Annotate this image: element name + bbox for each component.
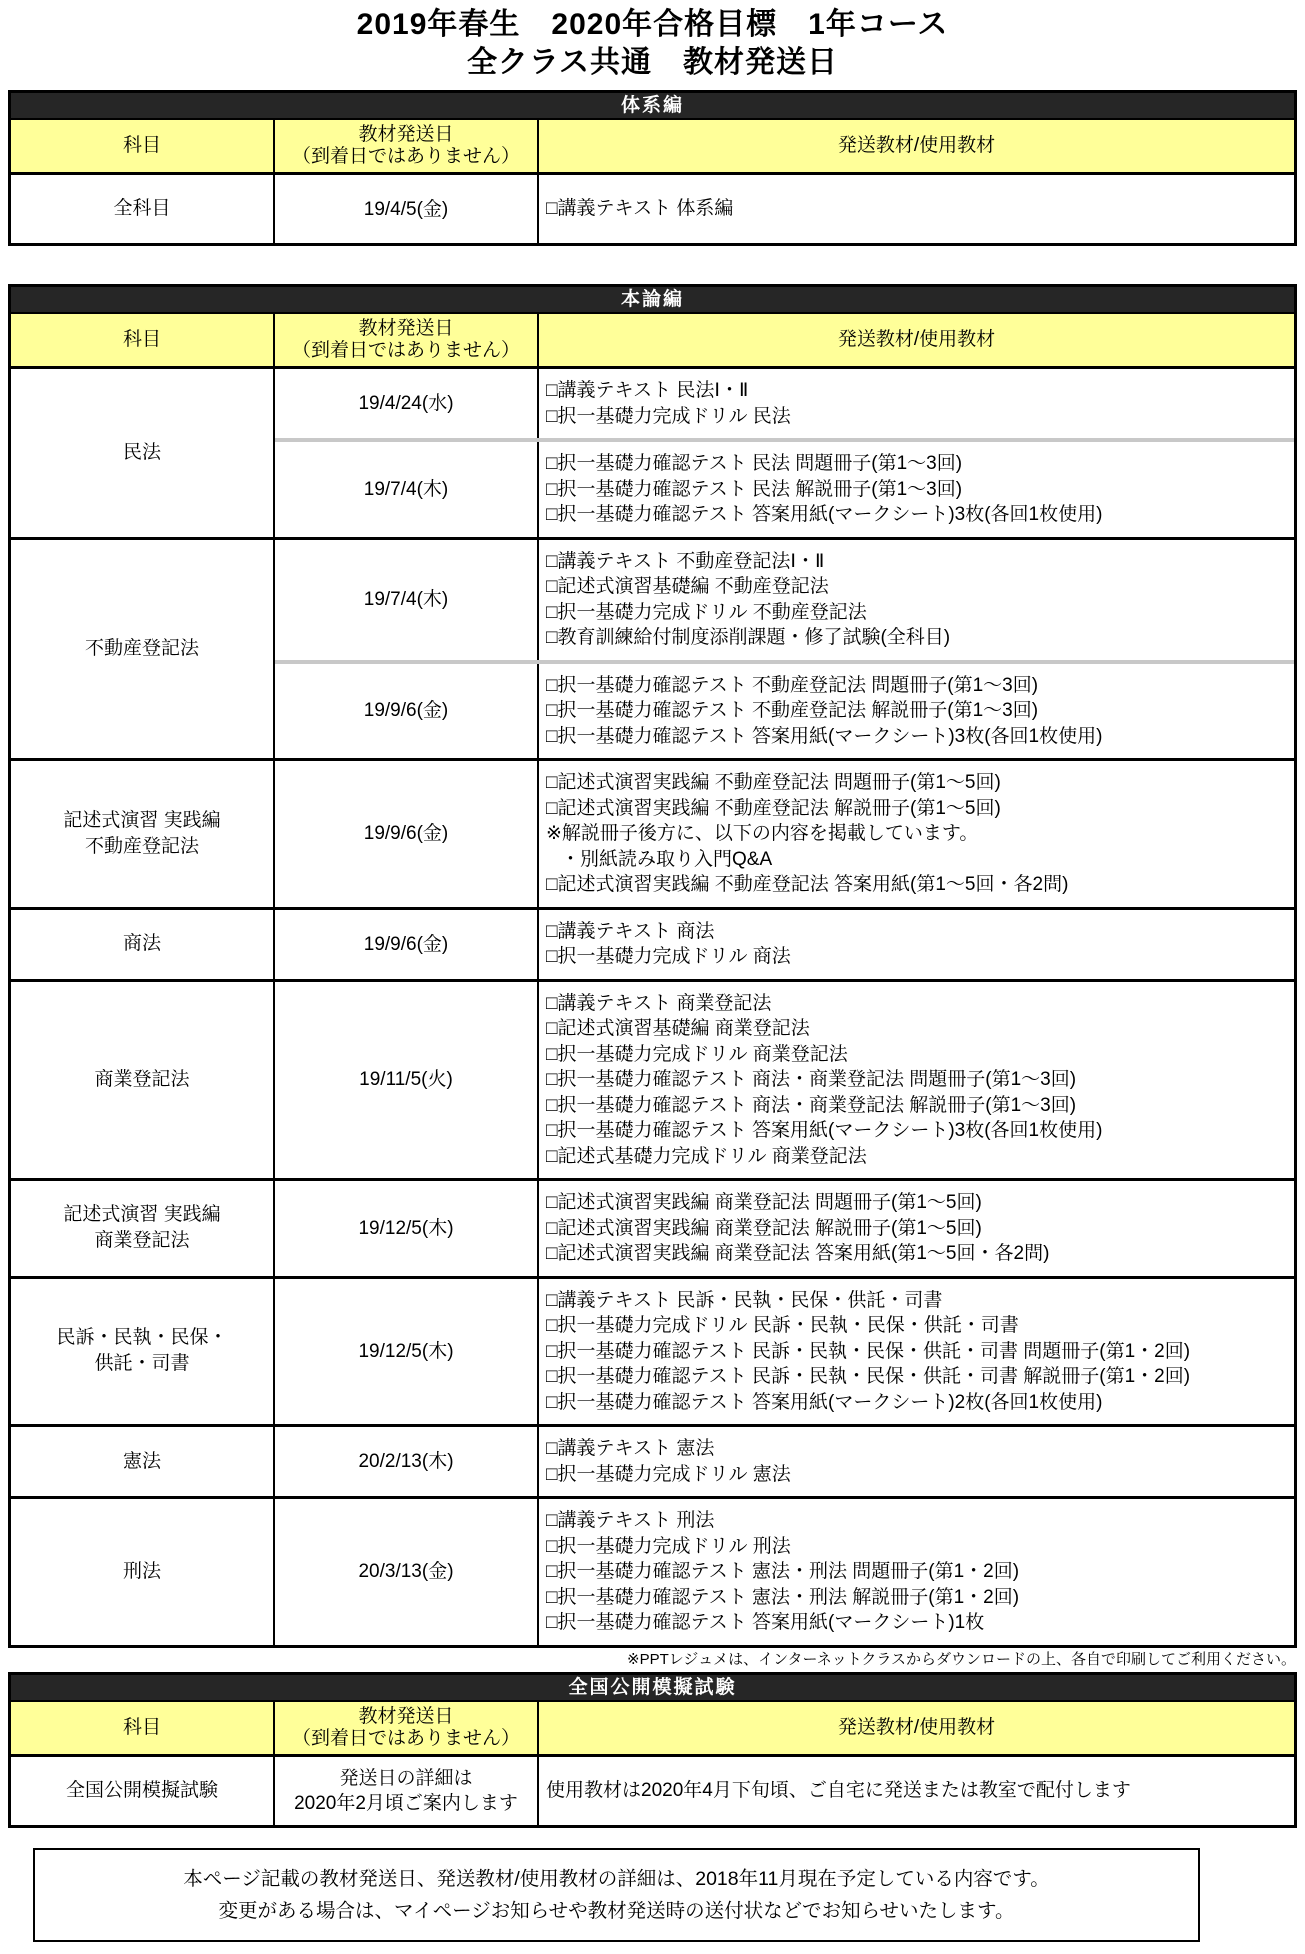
table-honron: 本論編科目教材発送日（到着日ではありません）発送教材/使用教材民法19/4/24… — [8, 284, 1297, 1648]
material-line: □記述式演習基礎編 商業登記法 — [546, 1016, 1288, 1042]
ship-date-line: 19/9/6(金) — [364, 821, 448, 846]
material-line: □択一基礎力確認テスト 憲法・刑法 問題冊子(第1・2回) — [546, 1559, 1288, 1585]
section-header-bar: 本論編 — [11, 287, 1294, 312]
subject-cell: 全科目 — [11, 175, 275, 243]
subject-cell: 全国公開模擬試験 — [11, 1757, 275, 1825]
table-row: 商業登記法19/11/5(火)□講義テキスト 商業登記法□記述式演習基礎編 商業… — [11, 979, 1294, 1179]
table-row: 憲法20/2/13(木)□講義テキスト 憲法□択一基礎力完成ドリル 憲法 — [11, 1424, 1294, 1496]
column-header-ship-date-line1: 教材発送日 — [358, 318, 453, 340]
material-line: □記述式演習実践編 商業登記法 問題冊子(第1～5回) — [546, 1190, 1288, 1216]
material-line: 使用教材は2020年4月下旬頃、ご自宅に発送または教室で配付します — [546, 1778, 1288, 1804]
material-line: □講義テキスト 民訴・民執・民保・供託・司書 — [546, 1288, 1288, 1314]
material-line: □択一基礎力完成ドリル 民法 — [546, 404, 1288, 430]
footer-notice-line1: 本ページ記載の教材発送日、発送教材/使用教材の詳細は、2018年11月現在予定し… — [43, 1863, 1190, 1895]
material-line: □択一基礎力確認テスト 民法 解説冊子(第1～3回) — [546, 477, 1288, 503]
material-line: □記述式演習実践編 不動産登記法 問題冊子(第1～5回) — [546, 770, 1288, 796]
materials-cell: □記述式演習実践編 不動産登記法 問題冊子(第1～5回)□記述式演習実践編 不動… — [539, 761, 1294, 907]
shipment-groups: 発送日の詳細は2020年2月頃ご案内します使用教材は2020年4月下旬頃、ご自宅… — [275, 1757, 1294, 1825]
material-line: □講義テキスト 体系編 — [546, 196, 1288, 222]
material-line: □択一基礎力確認テスト 答案用紙(マークシート)3枚(各回1枚使用) — [546, 724, 1288, 750]
materials-cell: □講義テキスト 体系編 — [539, 175, 1294, 243]
table-row: 全科目19/4/5(金)□講義テキスト 体系編 — [11, 172, 1294, 243]
shipment-group: 20/2/13(木)□講義テキスト 憲法□択一基礎力完成ドリル 憲法 — [275, 1427, 1294, 1496]
material-line: □講義テキスト 商法 — [546, 919, 1288, 945]
ship-date-line: 19/4/5(金) — [364, 197, 448, 222]
ship-date-cell: 19/12/5(木) — [275, 1279, 539, 1425]
material-line: □択一基礎力確認テスト 不動産登記法 解説冊子(第1～3回) — [546, 698, 1288, 724]
materials-cell: 使用教材は2020年4月下旬頃、ご自宅に発送または教室で配付します — [539, 1757, 1294, 1825]
ship-date-line: 19/9/6(金) — [364, 932, 448, 957]
ship-date-cell: 20/3/13(金) — [275, 1499, 539, 1645]
footer-notice-box: 本ページ記載の教材発送日、発送教材/使用教材の詳細は、2018年11月現在予定し… — [33, 1848, 1200, 1942]
page: 2019年春生 2020年合格目標 1年コース 全クラス共通 教材発送日 体系編… — [0, 0, 1305, 1954]
ppt-note: ※PPTレジュメは、インターネットクラスからダウンロードの上、各自で印刷してご利… — [8, 1650, 1296, 1669]
material-line: □記述式基礎力完成ドリル 商業登記法 — [546, 1144, 1288, 1170]
materials-cell: □択一基礎力確認テスト 不動産登記法 問題冊子(第1～3回)□択一基礎力確認テス… — [539, 664, 1294, 759]
shipment-group: 19/7/4(木)□講義テキスト 不動産登記法Ⅰ・Ⅱ□記述式演習基礎編 不動産登… — [275, 540, 1294, 660]
shipment-groups: 19/9/6(金)□講義テキスト 商法□択一基礎力完成ドリル 商法 — [275, 910, 1294, 979]
subject-cell: 民法 — [11, 369, 275, 537]
column-header-subject: 科目 — [11, 1702, 275, 1754]
column-header-materials: 発送教材/使用教材 — [539, 1702, 1294, 1754]
table-row: 全国公開模擬試験発送日の詳細は2020年2月頃ご案内します使用教材は2020年4… — [11, 1754, 1294, 1825]
subject-cell: 商業登記法 — [11, 982, 275, 1179]
shipment-groups: 20/2/13(木)□講義テキスト 憲法□択一基礎力完成ドリル 憲法 — [275, 1427, 1294, 1496]
shipment-groups: 19/12/5(木)□講義テキスト 民訴・民執・民保・供託・司書□択一基礎力完成… — [275, 1279, 1294, 1425]
ship-date-line: 発送日の詳細は — [339, 1766, 472, 1791]
ship-date-cell: 発送日の詳細は2020年2月頃ご案内します — [275, 1757, 539, 1825]
material-line: □択一基礎力完成ドリル 商業登記法 — [546, 1042, 1288, 1068]
material-line: □択一基礎力完成ドリル 商法 — [546, 944, 1288, 970]
material-line: □記述式演習実践編 不動産登記法 答案用紙(第1～5回・各2問) — [546, 872, 1288, 898]
section-header-bar: 体系編 — [11, 93, 1294, 118]
material-line: □択一基礎力確認テスト 答案用紙(マークシート)3枚(各回1枚使用) — [546, 502, 1288, 528]
ship-date-cell: 20/2/13(木) — [275, 1427, 539, 1496]
ship-date-cell: 19/9/6(金) — [275, 910, 539, 979]
shipment-group: 19/7/4(木)□択一基礎力確認テスト 民法 問題冊子(第1～3回)□択一基礎… — [275, 438, 1294, 537]
material-line: ※解説冊子後方に、以下の内容を掲載しています。 — [546, 821, 1288, 847]
materials-cell: □講義テキスト 刑法□択一基礎力完成ドリル 刑法□択一基礎力確認テスト 憲法・刑… — [539, 1499, 1294, 1645]
shipment-groups: 19/7/4(木)□講義テキスト 不動産登記法Ⅰ・Ⅱ□記述式演習基礎編 不動産登… — [275, 540, 1294, 759]
material-line: ・別紙読み取り入門Q&A — [546, 847, 1288, 873]
materials-cell: □講義テキスト 不動産登記法Ⅰ・Ⅱ□記述式演習基礎編 不動産登記法□択一基礎力完… — [539, 540, 1294, 660]
column-header-row: 科目教材発送日（到着日ではありません）発送教材/使用教材 — [11, 312, 1294, 366]
table-row: 不動産登記法19/7/4(木)□講義テキスト 不動産登記法Ⅰ・Ⅱ□記述式演習基礎… — [11, 537, 1294, 759]
materials-cell: □記述式演習実践編 商業登記法 問題冊子(第1～5回)□記述式演習実践編 商業登… — [539, 1181, 1294, 1276]
material-line: □講義テキスト 不動産登記法Ⅰ・Ⅱ — [546, 549, 1288, 575]
column-header-ship-date-line2: （到着日ではありません） — [292, 146, 520, 168]
column-header-ship-date: 教材発送日（到着日ではありません） — [275, 314, 539, 366]
ship-date-cell: 19/12/5(木) — [275, 1181, 539, 1276]
material-line: □択一基礎力確認テスト 商法・商業登記法 解説冊子(第1～3回) — [546, 1093, 1288, 1119]
column-header-ship-date-line2: （到着日ではありません） — [292, 340, 520, 362]
shipment-groups: 20/3/13(金)□講義テキスト 刑法□択一基礎力完成ドリル 刑法□択一基礎力… — [275, 1499, 1294, 1645]
shipment-groups: 19/4/24(水)□講義テキスト 民法Ⅰ・Ⅱ□択一基礎力完成ドリル 民法19/… — [275, 369, 1294, 537]
material-line: □択一基礎力確認テスト 答案用紙(マークシート)3枚(各回1枚使用) — [546, 1118, 1288, 1144]
shipment-group: 発送日の詳細は2020年2月頃ご案内します使用教材は2020年4月下旬頃、ご自宅… — [275, 1757, 1294, 1825]
material-line: □択一基礎力確認テスト 民訴・民執・民保・供託・司書 問題冊子(第1・2回) — [546, 1339, 1288, 1365]
material-line: □択一基礎力確認テスト 憲法・刑法 解説冊子(第1・2回) — [546, 1585, 1288, 1611]
material-line: □記述式演習実践編 商業登記法 解説冊子(第1～5回) — [546, 1216, 1288, 1242]
material-line: □択一基礎力完成ドリル 不動産登記法 — [546, 600, 1288, 626]
ship-date-cell: 19/7/4(木) — [275, 442, 539, 537]
section-header-bar: 全国公開模擬試験 — [11, 1675, 1294, 1700]
shipment-groups: 19/9/6(金)□記述式演習実践編 不動産登記法 問題冊子(第1～5回)□記述… — [275, 761, 1294, 907]
column-header-subject: 科目 — [11, 120, 275, 172]
material-line: □教育訓練給付制度添削課題・修了試験(全科目) — [546, 625, 1288, 651]
column-header-ship-date: 教材発送日（到着日ではありません） — [275, 120, 539, 172]
shipment-group: 19/12/5(木)□講義テキスト 民訴・民執・民保・供託・司書□択一基礎力完成… — [275, 1279, 1294, 1425]
shipment-group: 19/9/6(金)□講義テキスト 商法□択一基礎力完成ドリル 商法 — [275, 910, 1294, 979]
page-title: 2019年春生 2020年合格目標 1年コース 全クラス共通 教材発送日 — [8, 6, 1297, 82]
material-line: □択一基礎力確認テスト 商法・商業登記法 問題冊子(第1～3回) — [546, 1067, 1288, 1093]
material-line: □択一基礎力確認テスト 答案用紙(マークシート)2枚(各回1枚使用) — [546, 1390, 1288, 1416]
shipment-group: 20/3/13(金)□講義テキスト 刑法□択一基礎力完成ドリル 刑法□択一基礎力… — [275, 1499, 1294, 1645]
ship-date-line: 19/12/5(木) — [358, 1339, 453, 1364]
ship-date-line: 19/7/4(木) — [364, 477, 448, 502]
material-line: □講義テキスト 民法Ⅰ・Ⅱ — [546, 378, 1288, 404]
materials-cell: □講義テキスト 民訴・民執・民保・供託・司書□択一基礎力完成ドリル 民訴・民執・… — [539, 1279, 1294, 1425]
ship-date-line: 20/3/13(金) — [358, 1559, 453, 1584]
material-line: □択一基礎力完成ドリル 民訴・民執・民保・供託・司書 — [546, 1313, 1288, 1339]
table-gap — [8, 246, 1297, 284]
ship-date-cell: 19/9/6(金) — [275, 761, 539, 907]
materials-cell: □講義テキスト 民法Ⅰ・Ⅱ□択一基礎力完成ドリル 民法 — [539, 369, 1294, 438]
column-header-row: 科目教材発送日（到着日ではありません）発送教材/使用教材 — [11, 118, 1294, 172]
material-line: □記述式演習実践編 不動産登記法 解説冊子(第1～5回) — [546, 796, 1288, 822]
shipment-groups: 19/12/5(木)□記述式演習実践編 商業登記法 問題冊子(第1～5回)□記述… — [275, 1181, 1294, 1276]
material-line: □講義テキスト 憲法 — [546, 1436, 1288, 1462]
subject-cell: 不動産登記法 — [11, 540, 275, 759]
material-line: □講義テキスト 商業登記法 — [546, 991, 1288, 1017]
subject-cell: 憲法 — [11, 1427, 275, 1496]
shipment-group: 19/12/5(木)□記述式演習実践編 商業登記法 問題冊子(第1～5回)□記述… — [275, 1181, 1294, 1276]
ship-date-line: 19/4/24(水) — [358, 391, 453, 416]
table-mogi-shiken: 全国公開模擬試験科目教材発送日（到着日ではありません）発送教材/使用教材全国公開… — [8, 1672, 1297, 1828]
shipment-groups: 19/11/5(火)□講義テキスト 商業登記法□記述式演習基礎編 商業登記法□択… — [275, 982, 1294, 1179]
footer-notice-line2: 変更がある場合は、マイページお知らせや教材発送時の送付状などでお知らせいたします… — [43, 1895, 1190, 1927]
ship-date-line: 19/11/5(火) — [359, 1067, 453, 1092]
page-title-line1: 2019年春生 2020年合格目標 1年コース — [8, 6, 1297, 44]
subject-cell: 民訴・民執・民保・ 供託・司書 — [11, 1279, 275, 1425]
material-line: □講義テキスト 刑法 — [546, 1508, 1288, 1534]
shipment-group: 19/4/5(金)□講義テキスト 体系編 — [275, 175, 1294, 243]
materials-cell: □講義テキスト 商法□択一基礎力完成ドリル 商法 — [539, 910, 1294, 979]
column-header-materials: 発送教材/使用教材 — [539, 120, 1294, 172]
column-header-ship-date: 教材発送日（到着日ではありません） — [275, 1702, 539, 1754]
ship-date-cell: 19/9/6(金) — [275, 664, 539, 759]
shipment-group: 19/9/6(金)□記述式演習実践編 不動産登記法 問題冊子(第1～5回)□記述… — [275, 761, 1294, 907]
table-taikei: 体系編科目教材発送日（到着日ではありません）発送教材/使用教材全科目19/4/5… — [8, 90, 1297, 246]
ship-date-cell: 19/4/24(水) — [275, 369, 539, 438]
table-row: 記述式演習 実践編 不動産登記法19/9/6(金)□記述式演習実践編 不動産登記… — [11, 758, 1294, 907]
column-header-ship-date-line1: 教材発送日 — [358, 1706, 453, 1728]
materials-cell: □択一基礎力確認テスト 民法 問題冊子(第1～3回)□択一基礎力確認テスト 民法… — [539, 442, 1294, 537]
shipment-group: 19/4/24(水)□講義テキスト 民法Ⅰ・Ⅱ□択一基礎力完成ドリル 民法 — [275, 369, 1294, 438]
material-line: □択一基礎力確認テスト 答案用紙(マークシート)1枚 — [546, 1610, 1288, 1636]
ship-date-line: 19/7/4(木) — [364, 587, 448, 612]
table-row: 民訴・民執・民保・ 供託・司書19/12/5(木)□講義テキスト 民訴・民執・民… — [11, 1276, 1294, 1425]
material-line: □択一基礎力確認テスト 不動産登記法 問題冊子(第1～3回) — [546, 673, 1288, 699]
subject-cell: 記述式演習 実践編 不動産登記法 — [11, 761, 275, 907]
subject-cell: 刑法 — [11, 1499, 275, 1645]
material-line: □記述式演習実践編 商業登記法 答案用紙(第1～5回・各2問) — [546, 1241, 1288, 1267]
column-header-subject: 科目 — [11, 314, 275, 366]
column-header-materials: 発送教材/使用教材 — [539, 314, 1294, 366]
ship-date-line: 20/2/13(木) — [358, 1449, 453, 1474]
materials-cell: □講義テキスト 憲法□択一基礎力完成ドリル 憲法 — [539, 1427, 1294, 1496]
column-header-ship-date-line1: 教材発送日 — [358, 124, 453, 146]
shipment-group: 19/11/5(火)□講義テキスト 商業登記法□記述式演習基礎編 商業登記法□択… — [275, 982, 1294, 1179]
page-title-line2: 全クラス共通 教材発送日 — [8, 44, 1297, 82]
ship-date-line: 19/12/5(木) — [358, 1216, 453, 1241]
ship-date-line: 2020年2月頃ご案内します — [294, 1791, 518, 1816]
material-line: □択一基礎力確認テスト 民法 問題冊子(第1～3回) — [546, 451, 1288, 477]
material-line: □択一基礎力完成ドリル 刑法 — [546, 1534, 1288, 1560]
subject-cell: 記述式演習 実践編 商業登記法 — [11, 1181, 275, 1276]
table-row: 民法19/4/24(水)□講義テキスト 民法Ⅰ・Ⅱ□択一基礎力完成ドリル 民法1… — [11, 366, 1294, 537]
material-line: □択一基礎力完成ドリル 憲法 — [546, 1462, 1288, 1488]
subject-cell: 商法 — [11, 910, 275, 979]
shipment-groups: 19/4/5(金)□講義テキスト 体系編 — [275, 175, 1294, 243]
table-row: 刑法20/3/13(金)□講義テキスト 刑法□択一基礎力完成ドリル 刑法□択一基… — [11, 1496, 1294, 1645]
table-row: 記述式演習 実践編 商業登記法19/12/5(木)□記述式演習実践編 商業登記法… — [11, 1178, 1294, 1276]
ship-date-cell: 19/4/5(金) — [275, 175, 539, 243]
material-line: □択一基礎力確認テスト 民訴・民執・民保・供託・司書 解説冊子(第1・2回) — [546, 1364, 1288, 1390]
column-header-row: 科目教材発送日（到着日ではありません）発送教材/使用教材 — [11, 1700, 1294, 1754]
table-row: 商法19/9/6(金)□講義テキスト 商法□択一基礎力完成ドリル 商法 — [11, 907, 1294, 979]
column-header-ship-date-line2: （到着日ではありません） — [292, 1728, 520, 1750]
ship-date-cell: 19/7/4(木) — [275, 540, 539, 660]
ship-date-cell: 19/11/5(火) — [275, 982, 539, 1179]
shipment-group: 19/9/6(金)□択一基礎力確認テスト 不動産登記法 問題冊子(第1～3回)□… — [275, 660, 1294, 759]
material-line: □記述式演習基礎編 不動産登記法 — [546, 574, 1288, 600]
ship-date-line: 19/9/6(金) — [364, 698, 448, 723]
materials-cell: □講義テキスト 商業登記法□記述式演習基礎編 商業登記法□択一基礎力完成ドリル … — [539, 982, 1294, 1179]
